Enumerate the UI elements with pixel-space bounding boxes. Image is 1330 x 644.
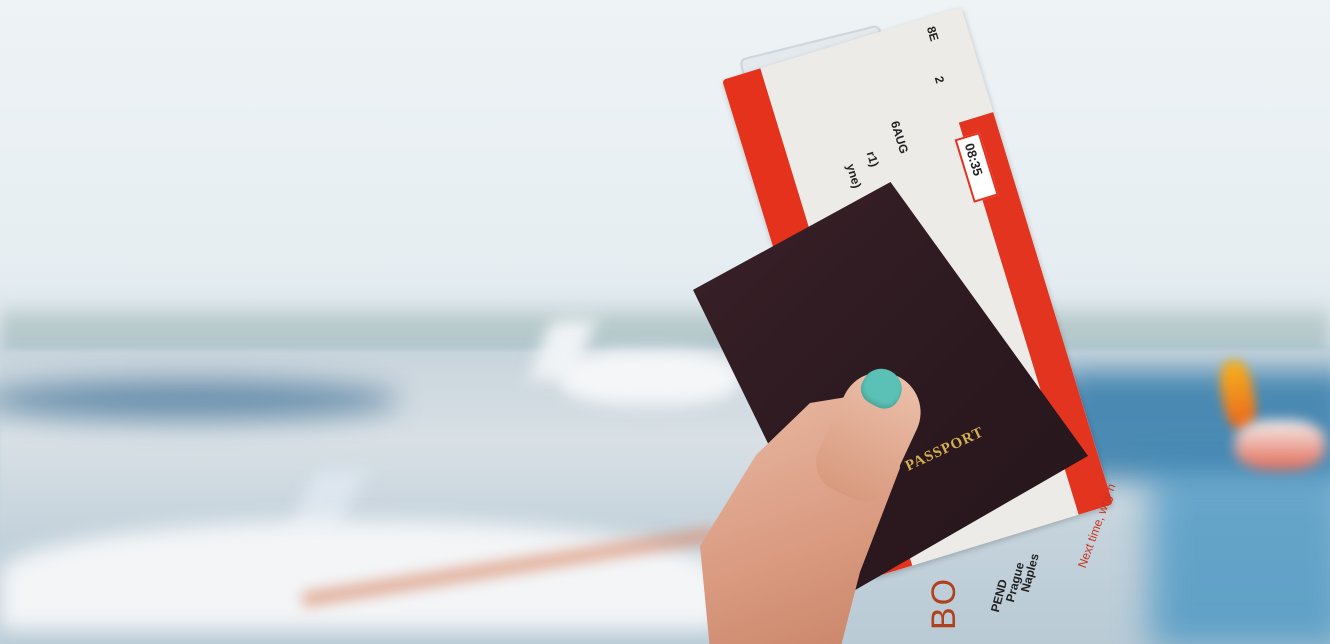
blurred-airplane-right-body	[1235, 420, 1325, 470]
blurred-airplane-middle	[560, 350, 740, 405]
seat-value: 8E	[924, 25, 942, 43]
blurred-airplane-foreground	[0, 520, 720, 630]
photo-scene: 8E 2 6AUG r1) yne) 08:35 BO Next time, w…	[0, 0, 1330, 644]
blurred-water-right-lower	[1150, 470, 1330, 644]
boarding-pass-header: BO	[925, 577, 964, 630]
passenger-fragment-2: r1)	[864, 150, 882, 169]
passenger-fragment-1: yne)	[844, 162, 865, 190]
boarding-time: 08:35	[962, 141, 986, 177]
boarding-group-value: 2	[932, 75, 947, 85]
date-value: 6AUG	[888, 119, 911, 155]
